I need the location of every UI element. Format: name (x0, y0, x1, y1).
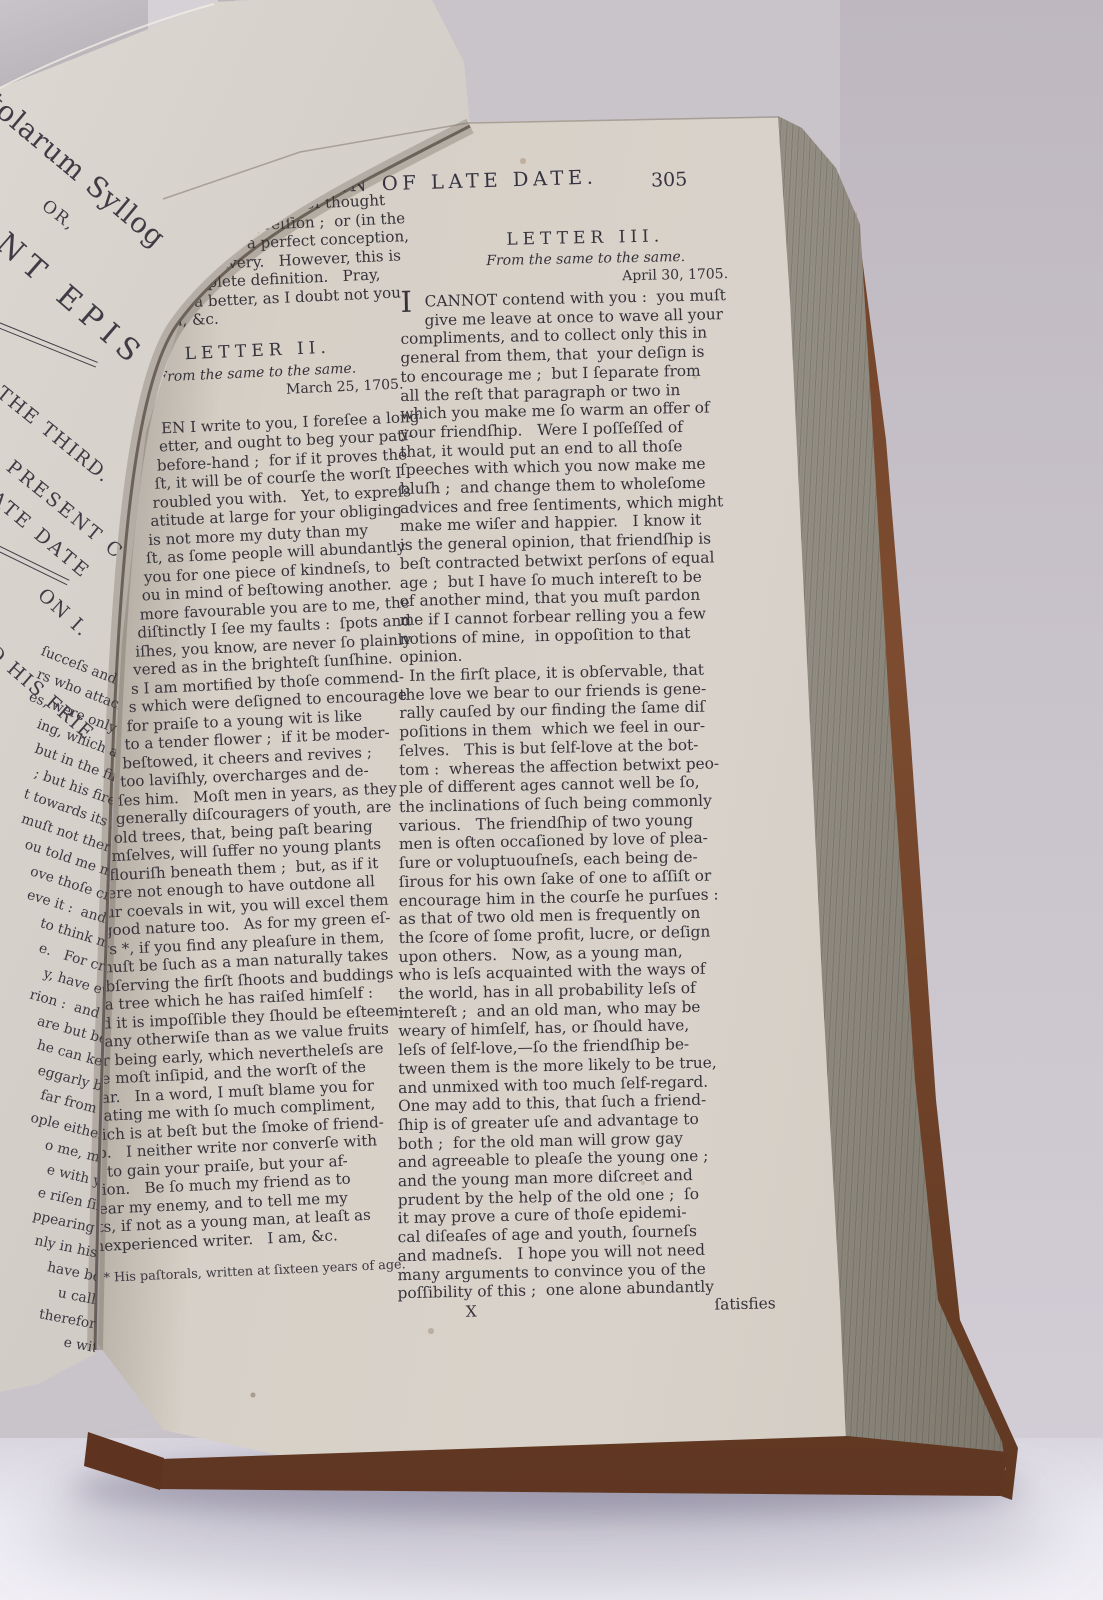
page-number: 305 (651, 168, 688, 191)
left-page-section-fragment: ON I. (33, 584, 94, 642)
book-photo: MODERN OF LATE DATE. 305 defined a juſtn… (0, 0, 1103, 1600)
right-text-column: LETTER III. From the same to the same. A… (397, 218, 796, 1324)
left-page-title-fragment: OR, (38, 196, 80, 235)
letter3-body: CANNOT contend with you : you muſtgive m… (398, 285, 795, 1303)
left-page-title-fragment: tolarum Syllog (0, 86, 172, 254)
catchword: ſatisfies (714, 1294, 776, 1313)
signature-mark: X (466, 1303, 477, 1321)
